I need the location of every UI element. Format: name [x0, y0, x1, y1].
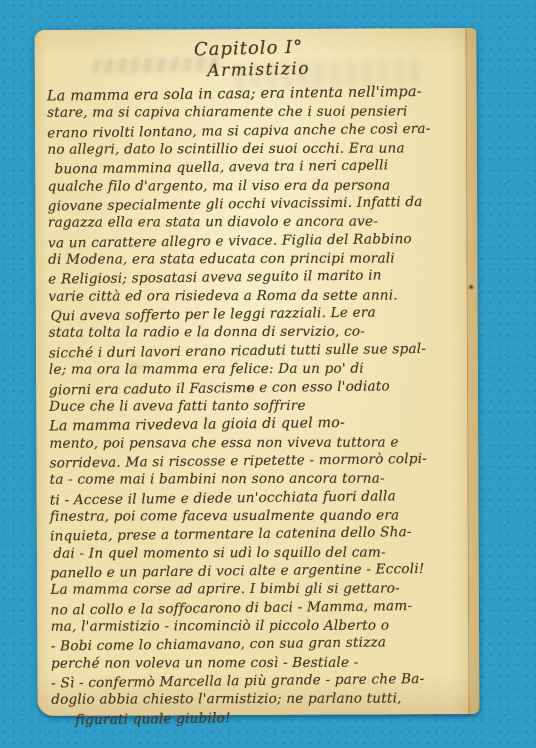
ink-blot — [468, 284, 475, 290]
manuscript-text: La mamma era sola in casa; era intenta n… — [47, 84, 460, 729]
photo-background: Capitolo I° Armistizio La mamma era sola… — [0, 0, 536, 748]
title-block: Capitolo I° Armistizio — [35, 37, 477, 81]
ink-blot — [246, 386, 252, 391]
manuscript-page: Capitolo I° Armistizio La mamma era sola… — [35, 28, 480, 716]
stain-spot — [124, 359, 150, 373]
manuscript-line: le; ma ora la mamma era felice: Da un po… — [49, 359, 458, 379]
page-edge — [466, 28, 480, 714]
manuscript-line: figurati quale giubilo! — [51, 706, 460, 729]
